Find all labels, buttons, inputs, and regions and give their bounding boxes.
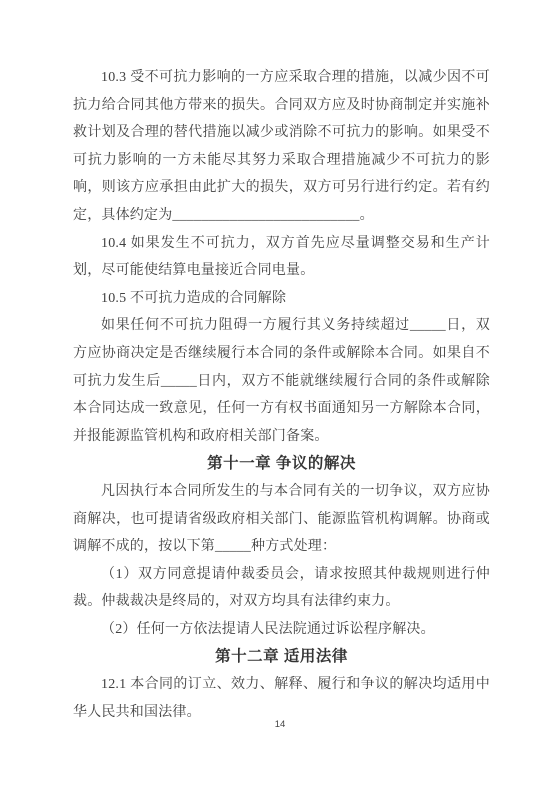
document-page: 10.3 受不可抗力影响的一方应采取合理的措施，以减少因不可抗力给合同其他方带来…: [0, 0, 560, 791]
paragraph: 如果任何不可抗力阻碍一方履行其义务持续超过_____日，双方应协商决定是否继续履…: [73, 312, 490, 450]
document-body: 10.3 受不可抗力影响的一方应采取合理的措施，以减少因不可抗力给合同其他方带来…: [73, 64, 490, 726]
paragraph: 10.4 如果发生不可抗力，双方首先应尽量调整交易和生产计划，尽可能使结算电量接…: [73, 230, 490, 285]
paragraph: 12.1 本合同的订立、效力、解释、履行和争议的解决均适用中华人民共和国法律。: [73, 671, 490, 726]
paragraph: （1）双方同意提请仲裁委员会，请求按照其仲裁规则进行仲裁。仲裁裁决是终局的，对双…: [73, 561, 490, 616]
paragraph: 10.5 不可抗力造成的合同解除: [73, 285, 490, 313]
chapter-heading: 第十二章 适用法律: [73, 643, 490, 671]
paragraph: （2）任何一方依法提请人民法院通过诉讼程序解决。: [73, 616, 490, 644]
paragraph: 10.3 受不可抗力影响的一方应采取合理的措施，以减少因不可抗力给合同其他方带来…: [73, 64, 490, 230]
paragraph: 凡因执行本合同所发生的与本合同有关的一切争议，双方应协商解决，也可提请省级政府相…: [73, 478, 490, 561]
chapter-heading: 第十一章 争议的解决: [73, 450, 490, 478]
page-number: 14: [0, 719, 560, 730]
